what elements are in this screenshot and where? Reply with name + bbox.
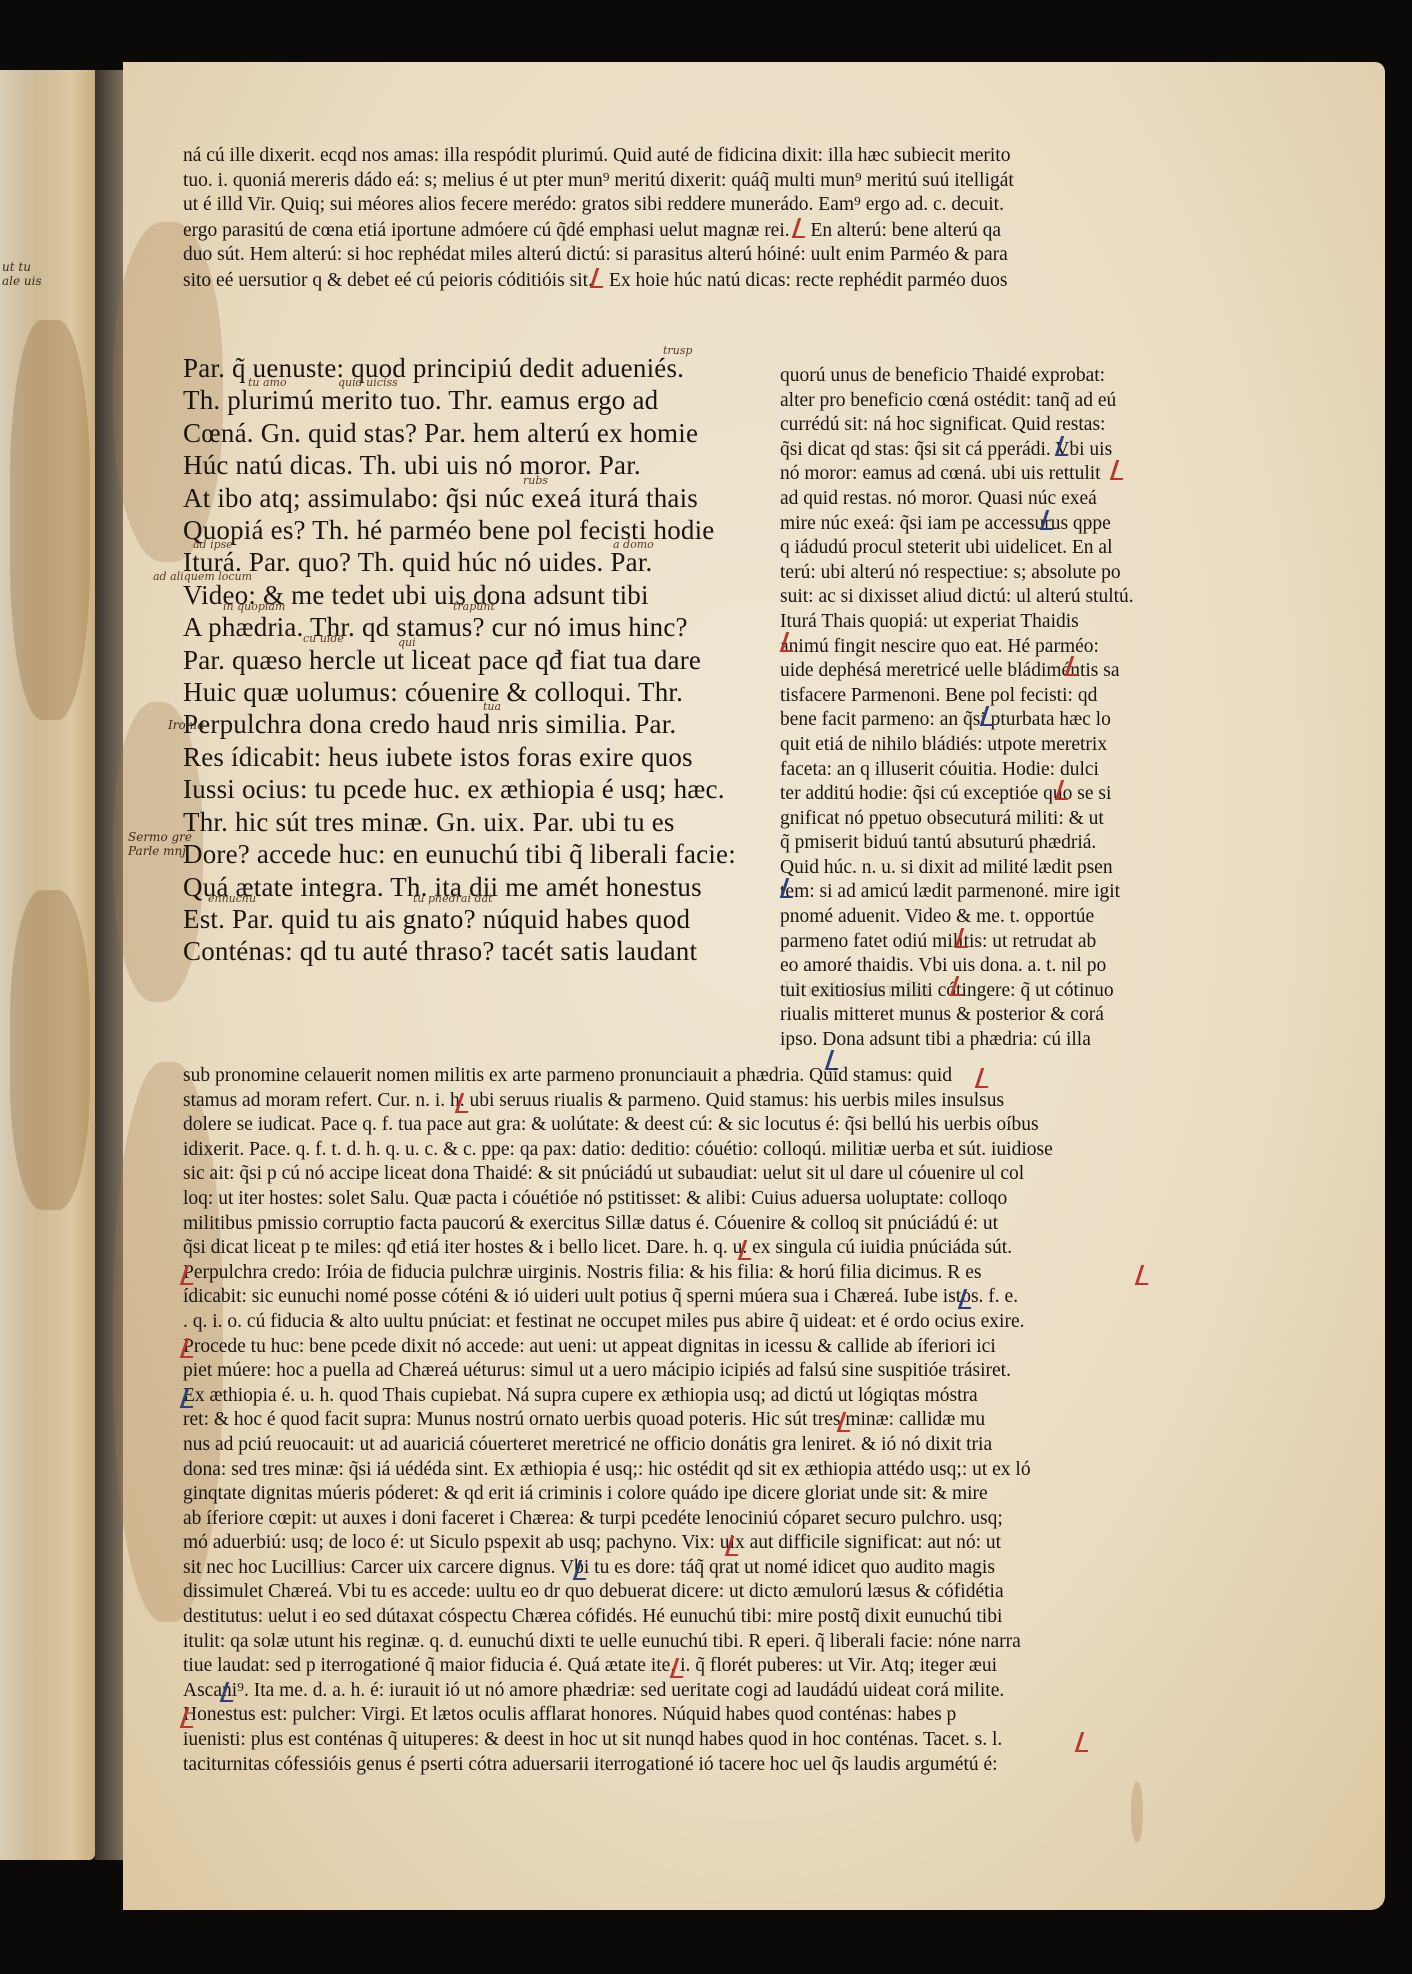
commentary-line: quorú unus de beneficio Thaidé exprobat: <box>780 364 1134 389</box>
interlinear-gloss: ennuchu <box>208 892 256 905</box>
water-stain <box>10 320 90 720</box>
commentary-line: piet múere: hoc a puella ad Chæreá uétur… <box>183 1359 1053 1384</box>
commentary-line: stamus ad moram refert. Cur. n. i. h. ub… <box>183 1089 1053 1114</box>
commentary-line: terú: ubi alterú nó respectiue: s; absol… <box>780 561 1134 586</box>
verse-line: Res ídicabit: heus iubete istos foras ex… <box>183 741 736 773</box>
commentary-line: ginqtate dignitas múeris póderet: & qd e… <box>183 1482 1053 1507</box>
commentary-line: Ascani⁹. Ita me. d. a. h. é: iurauit ió … <box>183 1679 1053 1704</box>
verse-text: Par. q̃ uenuste: quod principiú dedit ad… <box>183 352 736 968</box>
commentary-line: itulit: qa solæ utunt his reginæ. q. d. … <box>183 1630 1053 1655</box>
commentary-line: Quid húc. n. u. si dixit ad milité lædit… <box>780 856 1134 881</box>
interlinear-gloss: trapunt <box>453 600 495 613</box>
commentary-line: taciturnitas cófessióis genus é pserti c… <box>183 1753 1053 1778</box>
commentary-line: sic ait: q̃si p cú nó accipe liceat dona… <box>183 1162 1053 1187</box>
commentary-line: destitutus: uelut i eo sed dútaxat cóspe… <box>183 1605 1053 1630</box>
commentary-line: ret: & hoc é quod facit supra: Munus nos… <box>183 1408 1053 1433</box>
commentary-line: alter pro beneficio cœná ostédit: tanq̃ … <box>780 389 1134 414</box>
commentary-line: loq: ut iter hostes: solet Salu. Quæ pac… <box>183 1187 1053 1212</box>
paragraph-mark-icon <box>1135 1265 1154 1285</box>
ink-drip <box>1131 1782 1143 1842</box>
verse-line: Iturá. Par. quo? Th. quid húc nó uides. … <box>183 546 736 578</box>
verse-line: Cœná. Gn. quid stas? Par. hem alterú ex … <box>183 417 736 449</box>
commentary-line: gnificat nó ppetuo obsecuturá militi: & … <box>780 807 1134 832</box>
commentary-line: q̃ pmiserit biduú tantú absuturú phædriá… <box>780 831 1134 856</box>
interlinear-gloss: tu amo <box>248 376 287 389</box>
interlinear-gloss: trusp <box>663 344 692 357</box>
verse-line: A phædria. Thr. qd stamus? cur nó imus h… <box>183 611 736 643</box>
commentary-line: ut é illd Vir. Quiq; sui méores alios fe… <box>183 193 1014 218</box>
water-stain <box>10 890 90 1210</box>
book-page: ná cú ille dixerit. ecqd nos amas: illa … <box>123 62 1385 1910</box>
commentary-line: Procede tu huc: bene pcede dixit nó acce… <box>183 1335 1053 1360</box>
interlinear-gloss: tua <box>483 700 501 713</box>
verse-line: Húc natú dicas. Th. ubi uis nó moror. Pa… <box>183 449 736 481</box>
interlinear-gloss: in quopiam <box>223 600 285 613</box>
commentary-line: ab íferiore cœpit: ut auxes i doni facer… <box>183 1507 1053 1532</box>
commentary-line: bene facit parmeno: an q̃si pturbata hæc… <box>780 708 1134 733</box>
commentary-line: dona: sed tres minæ: q̃si iá uédéda sint… <box>183 1458 1053 1483</box>
verse-line: Conténas: qd tu auté thraso? tacét satis… <box>183 935 736 967</box>
commentary-line: Perpulchra credo: Iróia de fiducia pulch… <box>183 1261 1053 1286</box>
commentary-line: iuenisti: plus est conténas q̃ uituperes… <box>183 1728 1053 1753</box>
commentary-line: tiue laudat: sed p iterrogationé q̃ maio… <box>183 1654 1053 1679</box>
commentary-line: ídicabit: sic eunuchi nomé posse cóténi … <box>183 1285 1053 1310</box>
commentary-line: q̃si dicat liceat p te miles: qđ etiá it… <box>183 1236 1053 1261</box>
facing-page-edge: ut tu ale uis <box>0 70 95 1860</box>
interlinear-gloss: ad ipse <box>193 538 233 551</box>
verse-line: Perpulchra dona credo haud nris similia.… <box>183 708 736 740</box>
margin-note-ironia: Ironia <box>168 718 204 732</box>
interlinear-gloss: qui <box>398 636 416 649</box>
commentary-line: tuo. i. quoniá mereris dádo eá: s; meliu… <box>183 169 1014 194</box>
paragraph-mark-icon <box>791 218 810 238</box>
verse-line: Dore? accede huc: en eunuchú tibi q̃ lib… <box>183 838 736 870</box>
paragraph-mark-icon <box>1075 1732 1094 1752</box>
commentary-line: currédú sit: ná hoc significat. Quid res… <box>780 413 1134 438</box>
interlinear-gloss: cu uide <box>303 632 344 645</box>
commentary-line: ter additú hodie: q̃si cú exceptióe quo … <box>780 782 1134 807</box>
commentary-line: dissimulet Chæreá. Vbi tu es accede: uul… <box>183 1580 1053 1605</box>
interlinear-gloss: a domo <box>613 538 654 551</box>
commentary-line: mire núc exeá: q̃si iam pe accessurus qp… <box>780 512 1134 537</box>
commentary-line: suit: ac si dixisset aliud dictú: ul alt… <box>780 585 1134 610</box>
commentary-line: q iádudú procul steterit ubi uidelicet. … <box>780 536 1134 561</box>
commentary-top: ná cú ille dixerit. ecqd nos amas: illa … <box>183 144 1014 294</box>
commentary-line: dolere se iudicat. Pace q. f. tua pace a… <box>183 1113 1053 1138</box>
verse-line: Thr. hic sút tres minæ. Gn. uix. Par. ub… <box>183 806 736 838</box>
verse-line: Huic quæ uolumus: cóuenire & colloqui. T… <box>183 676 736 708</box>
commentary-line: ad quid restas. nó moror. Quasi núc exeá <box>780 487 1134 512</box>
commentary-line: riualis mitteret munus & posterior & cor… <box>780 1003 1134 1028</box>
commentary-line: q̃si dicat qd stas: q̃si sit cá pperádi.… <box>780 438 1134 463</box>
interlinear-gloss: quid uiciss <box>338 376 398 389</box>
commentary-line: . q. i. o. cú fiducia & alto uultu pnúci… <box>183 1310 1053 1335</box>
margin-note-left-leaf: ut tu ale uis <box>2 260 42 288</box>
commentary-right: quorú unus de beneficio Thaidé exprobat:… <box>780 364 1134 1053</box>
commentary-line: duo sút. Hem alterú: si hoc rephédat mil… <box>183 243 1014 268</box>
commentary-line: pnomé aduenit. Video & me. t. opportúe <box>780 905 1134 930</box>
verse-line: At ibo atq; assimulabo: q̃si núc exeá it… <box>183 482 736 514</box>
verse-line: Par. quæso hercle ut liceat pace qđ fiat… <box>183 644 736 676</box>
interlinear-gloss: ad aliquem locum <box>153 570 252 583</box>
commentary-line: nus ad pciú reuocauit: ut ad auariciá có… <box>183 1433 1053 1458</box>
interlinear-gloss: rubs <box>523 474 548 487</box>
interlinear-gloss: tu phedrai dat <box>413 892 493 905</box>
commentary-line: sit nec hoc Lucillius: Carcer uix carcer… <box>183 1556 1053 1581</box>
commentary-line: nó moror: eamus ad cœná. ubi uis rettuli… <box>780 462 1134 487</box>
commentary-line: sito eé uersutior q & debet eé cú peiori… <box>183 268 1014 294</box>
commentary-line: tem: si ad amicú lædit parmenoné. mire i… <box>780 880 1134 905</box>
verse-line: Th. plurimú merito tuo. Thr. eamus ergo … <box>183 384 736 416</box>
commentary-line: tisfacere Parmenoni. Bene pol fecisti: q… <box>780 684 1134 709</box>
commentary-line: ipso. Dona adsunt tibi a phædria: cú ill… <box>780 1028 1134 1053</box>
commentary-line: Iturá Thais quopiá: ut experiat Thaidis <box>780 610 1134 635</box>
commentary-line: ergo parasitú de cœna etiá iportune admó… <box>183 218 1014 244</box>
commentary-bottom: sub pronomine celauerit nomen militis ex… <box>183 1064 1053 1777</box>
verse-line: Iussi ocius: tu pcede huc. ex æthiopia é… <box>183 773 736 805</box>
commentary-line: ná cú ille dixerit. ecqd nos amas: illa … <box>183 144 1014 169</box>
commentary-line: Honestus est: pulcher: Virgi. Et lætos o… <box>183 1703 1053 1728</box>
commentary-line: mó aduerbiú: usq; de loco é: ut Siculo p… <box>183 1531 1053 1556</box>
commentary-line: Ex æthiopia é. u. h. quod Thais cupiebat… <box>183 1384 1053 1409</box>
verse-line: Est. Par. quid tu ais gnato? núquid habe… <box>183 903 736 935</box>
commentary-line: sub pronomine celauerit nomen militis ex… <box>183 1064 1053 1089</box>
commentary-line: idixerit. Pace. q. f. t. d. h. q. u. c. … <box>183 1138 1053 1163</box>
commentary-line: militibus pmissio corruptio facta paucor… <box>183 1212 1053 1237</box>
commentary-line: quit etiá de nihilo bládiés: utpote mere… <box>780 733 1134 758</box>
commentary-line: faceta: an q illuserit cóuitia. Hodie: d… <box>780 758 1134 783</box>
margin-note-sermo: Sermo gre Parle mnj <box>128 830 192 858</box>
